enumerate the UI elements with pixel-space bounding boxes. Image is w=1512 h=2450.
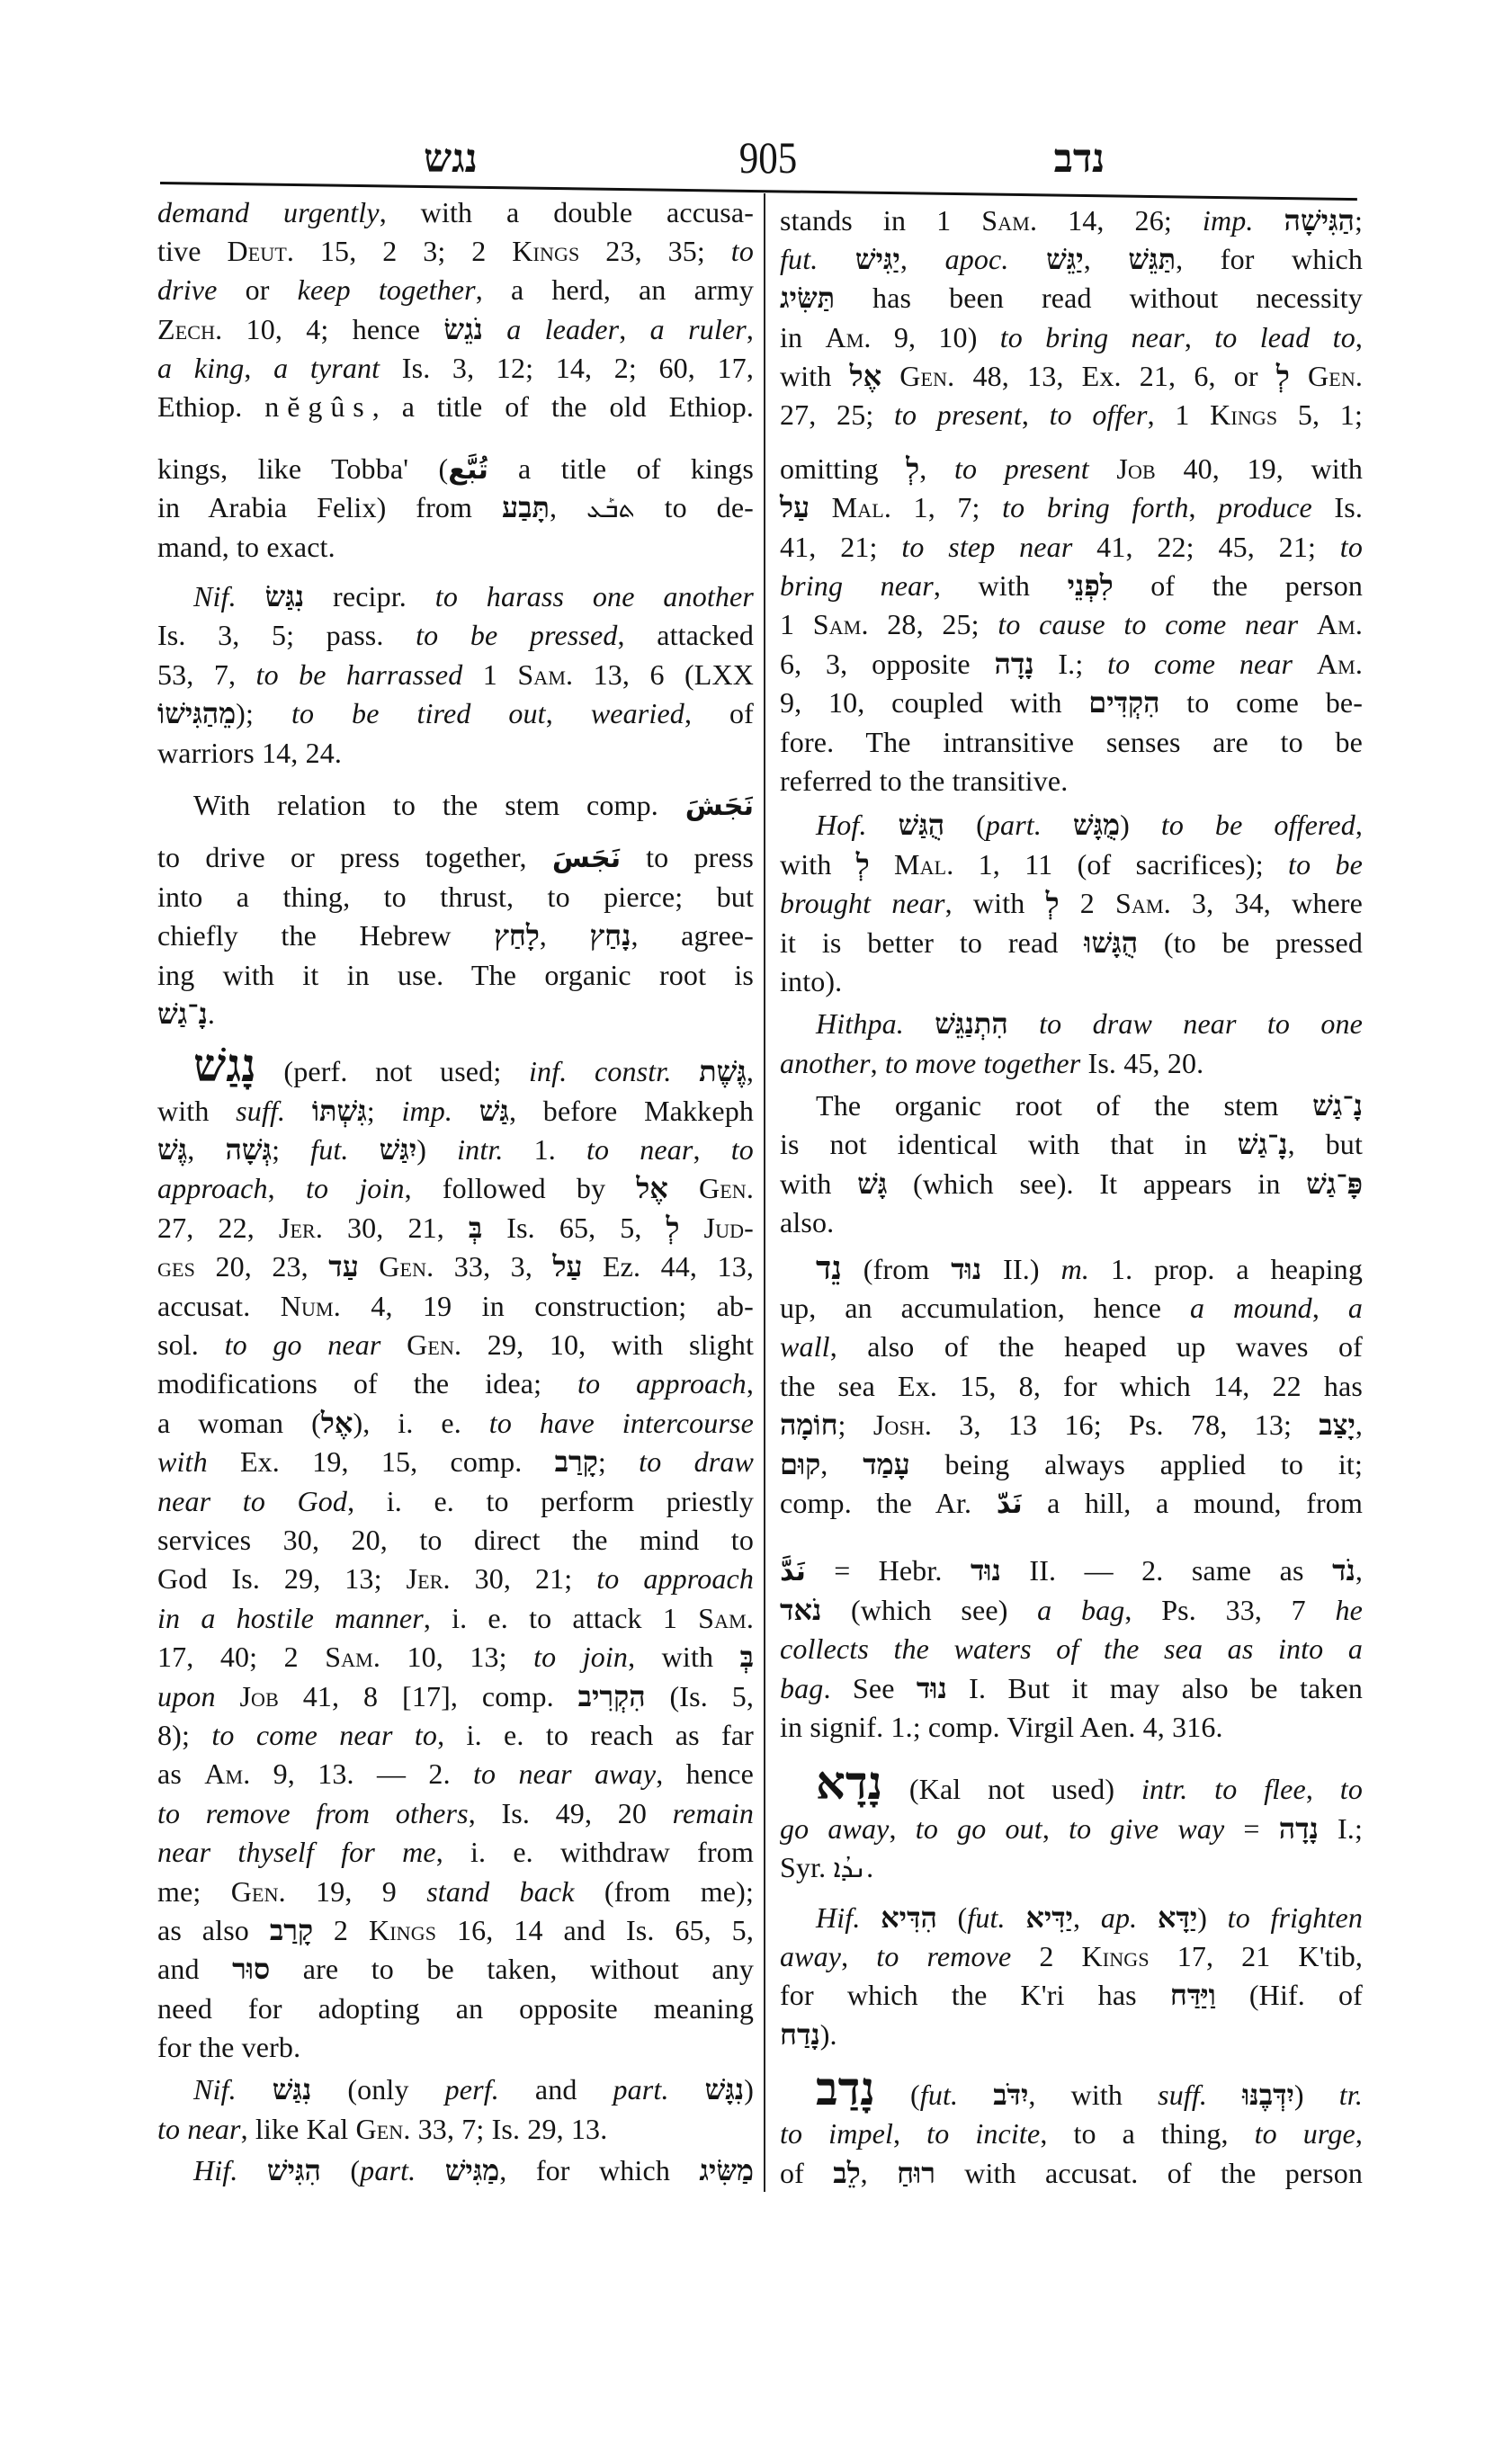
italic-text: a tyrant — [273, 352, 380, 384]
roman-text — [672, 1055, 700, 1087]
text-line: 27, 22, Jer. 30, 21, בְּ Is. 65, 5, לְ J… — [157, 1209, 754, 1247]
hebrew-word: נָדַח — [780, 2018, 820, 2051]
roman-text: , i. e. withdraw from — [436, 1836, 754, 1868]
roman-text: , Ps. 33, 7 — [1124, 1594, 1335, 1626]
paragraph-first-line: נָגַשׁ (perf. not used; inf. constr. גֶּ… — [157, 1052, 754, 1091]
arabic-word: تُبَّع — [448, 454, 488, 486]
hebrew-word: נָ־גַשׁ — [1312, 1089, 1363, 1122]
roman-text: kings, like Tobba' ( — [157, 452, 448, 485]
text-line: to near, like Kal Gen. 33, 7; Is. 29, 13… — [157, 2110, 754, 2149]
italic-text: fut. — [310, 1133, 348, 1166]
roman-text: 2 — [1060, 887, 1115, 919]
roman-text: comp. the Ar. — [780, 1487, 997, 1519]
hebrew-word: הִתְנַגֵּשׁ — [935, 1007, 1008, 1040]
arabic-word: نَجَشَ — [685, 791, 754, 822]
text-line: mand, to exact. — [157, 528, 754, 567]
hebrew-word: לִפְנֵי — [1068, 569, 1114, 602]
roman-text: of the person — [1114, 569, 1363, 602]
roman-text: 5, 1; — [1277, 398, 1363, 431]
roman-text: ) — [1294, 2079, 1339, 2111]
roman-text: , — [890, 1812, 916, 1845]
page-number: 905 — [729, 135, 807, 180]
roman-text: ing with it in use. The organic root is — [157, 959, 754, 991]
italic-text: to urge — [1255, 2117, 1355, 2150]
hebrew-word: נוּד — [917, 1672, 947, 1704]
roman-text: ) — [1197, 1901, 1227, 1934]
italic-text: to cause to come near — [998, 608, 1298, 640]
roman-text — [349, 1133, 380, 1166]
text-line: Zech. 10, 4; hence נֹגֵשׂ a leader, a ru… — [157, 310, 754, 349]
text-line: comp. the Ar. نَدّ a hill, a mound, from — [780, 1484, 1363, 1523]
header-right-headword: נדב — [1034, 139, 1124, 179]
italic-text: away — [780, 1940, 841, 1972]
italic-text: to — [731, 1133, 754, 1166]
hebrew-word: גָּשׁ — [857, 1167, 887, 1200]
hebrew-word: לְ — [1276, 360, 1290, 392]
roman-text: 33, 3, — [434, 1250, 552, 1283]
roman-text: sol. — [157, 1328, 225, 1361]
italic-text: Hif. — [193, 2154, 238, 2186]
italic-text: to offer — [1050, 398, 1148, 431]
hebrew-word: לְ — [906, 452, 919, 485]
italic-text: to near away — [473, 1757, 656, 1790]
text-line: גֶּשׁ, גְּשָׁה; fut. יִגַּשׁ) intr. 1. t… — [157, 1131, 754, 1169]
header-left-headword: נגש — [406, 139, 496, 179]
roman-text: a hill, a mound, from — [1023, 1487, 1363, 1519]
italic-text: a king — [157, 352, 244, 384]
italic-text: to be offered — [1161, 809, 1355, 841]
roman-text: , a herd, an army — [476, 273, 754, 306]
italic-text: to be tired out — [291, 697, 546, 729]
roman-text: , — [1355, 1554, 1363, 1587]
hebrew-headword: נָדָא — [816, 1758, 882, 1810]
roman-text: , of — [684, 697, 754, 729]
roman-text: ; — [367, 1095, 402, 1127]
roman-text — [870, 848, 894, 881]
roman-text: , before Makkeph — [509, 1095, 754, 1127]
roman-text: referred to the transitive. — [780, 765, 1068, 797]
italic-text: imp. — [401, 1095, 452, 1127]
italic-text: near thyself for me — [157, 1836, 436, 1868]
roman-text: ( — [944, 809, 986, 841]
roman-text — [818, 243, 855, 275]
hebrew-headword: נָגַשׁ — [193, 1041, 256, 1092]
roman-text: The organic root of the stem — [816, 1089, 1312, 1122]
italic-text: to — [1340, 531, 1363, 563]
roman-text: , — [693, 1133, 731, 1166]
roman-text: (from me); — [575, 1875, 754, 1908]
column-divider — [764, 193, 765, 2192]
hebrew-word: וַיַּדַּח — [1170, 1979, 1216, 2011]
roman-text: also. — [780, 1206, 834, 1238]
roman-text: , but — [1288, 1128, 1363, 1160]
small-caps-reference: Gen. — [379, 1250, 434, 1283]
hebrew-word: יַגֵּשׁ — [1046, 243, 1084, 275]
roman-text: , — [540, 919, 590, 952]
roman-text: (Hif. of — [1216, 1979, 1363, 2011]
roman-text: With relation to the stem comp. — [193, 789, 685, 821]
roman-text: , with — [934, 569, 1068, 602]
small-caps-reference: Kings — [1210, 398, 1277, 431]
roman-text: in Arabia Felix) from — [157, 491, 502, 523]
roman-text: 8); — [157, 1719, 211, 1751]
text-line: also. — [780, 1203, 1363, 1242]
paragraph-first-line: Hif. הִגִּישׁ (part. מַגִּישׁ, for which… — [157, 2151, 754, 2190]
italic-text: to give way — [1069, 1812, 1224, 1845]
roman-text: (which see) — [821, 1594, 1037, 1626]
roman-text: accusat. — [157, 1290, 281, 1322]
text-line: 6, 3, opposite נָדָה I.; to come near Am… — [780, 645, 1363, 684]
roman-text: , i. e. to perform priestly — [347, 1485, 754, 1517]
text-line: me; Gen. 19, 9 stand back (from me); — [157, 1873, 754, 1911]
roman-text: in signif. 1.; comp. Virgil Aen. 4, 316. — [780, 1711, 1223, 1743]
text-line: drive or keep together, a herd, an army — [157, 271, 754, 309]
roman-text: (only — [311, 2073, 444, 2106]
roman-text: 3, 34, where — [1171, 887, 1363, 919]
text-line: 27, 25; to present, to offer, 1 Kings 5,… — [780, 396, 1363, 434]
roman-text: ); — [236, 697, 291, 729]
roman-text: , agree- — [631, 919, 754, 952]
small-caps-reference: Jer. — [279, 1212, 323, 1244]
italic-text: to have intercourse — [489, 1407, 754, 1439]
roman-text: (Kal not used) — [882, 1773, 1141, 1805]
roman-text: , — [747, 313, 754, 345]
roman-text: , with — [628, 1641, 739, 1673]
text-line: stands in 1 Sam. 14, 26; imp. הַגִּישָׁה… — [780, 201, 1363, 240]
text-line: fore. The intransitive senses are to be — [780, 723, 1363, 762]
text-line: another, to move together Is. 45, 20. — [780, 1044, 1363, 1083]
italic-text: brought near — [780, 887, 945, 919]
text-line: עַל Mal. 1, 7; to bring forth, produce I… — [780, 488, 1363, 527]
text-line: נֹאד (which see) a bag, Ps. 33, 7 he — [780, 1591, 1363, 1630]
small-caps-reference: Mal. — [832, 491, 891, 523]
text-line: near thyself for me, i. e. withdraw from — [157, 1833, 754, 1872]
italic-text: keep together — [298, 273, 476, 306]
italic-text: part. — [613, 2073, 669, 2106]
syriac-word: ܢܕܳܐ — [833, 1853, 866, 1883]
small-caps-reference: Job — [239, 1680, 278, 1712]
italic-text: remain — [673, 1797, 754, 1829]
italic-text: go away — [780, 1812, 890, 1845]
syriac-word: ܬܒܰܥ — [586, 493, 635, 523]
roman-text: ; — [598, 1445, 639, 1478]
italic-text: to harass one another — [435, 580, 754, 612]
roman-text: 14, 26; — [1037, 204, 1203, 237]
text-line: as also קָרַב 2 Kings 16, 14 and Is. 65,… — [157, 1911, 754, 1950]
roman-text: 13, 6 (LXX — [573, 658, 754, 691]
paragraph-first-line: נֵד (from נוּד II.) m. 1. prop. a heapin… — [780, 1250, 1363, 1289]
roman-text: and — [157, 1953, 232, 1985]
roman-text: = — [1224, 1812, 1278, 1845]
small-caps-reference: Gen. — [899, 360, 954, 392]
roman-text: is not identical with that in — [780, 1128, 1238, 1160]
roman-text: Ethiop. — [157, 390, 264, 423]
small-caps-reference: Josh. — [873, 1408, 932, 1441]
hebrew-word: סוּר — [232, 1953, 270, 1985]
italic-text: another — [780, 1047, 871, 1079]
roman-text: with accusat. of the person — [935, 2157, 1363, 2189]
small-caps-reference: Jer. — [407, 1562, 451, 1595]
roman-text: 41, 21; — [780, 531, 901, 563]
italic-text: suff. — [236, 1095, 285, 1127]
hebrew-word: תַּגֵּשׁ — [1128, 243, 1176, 275]
hebrew-word: אֶל — [850, 360, 882, 392]
hebrew-word: רוּחַ — [897, 2157, 935, 2189]
small-caps-reference: Am. — [1317, 608, 1363, 640]
hebrew-word: יַדִּיא — [1025, 1901, 1073, 1934]
roman-text: , — [871, 1047, 885, 1079]
hebrew-word: גְּשָׁה — [225, 1133, 272, 1166]
italic-text: Hif. — [816, 1901, 861, 1934]
roman-text: to de- — [635, 491, 754, 523]
paragraph-first-line: Nif. נִגַּשׂ recipr. to harass one anoth… — [157, 577, 754, 616]
arabic-word: نَجَسَ — [552, 843, 621, 874]
roman-text: , — [619, 313, 649, 345]
italic-text: bring near — [780, 569, 934, 602]
italic-text: to step near — [901, 531, 1072, 563]
hebrew-word: לֵב — [833, 2157, 860, 2189]
roman-text: modifications of the idea; — [157, 1367, 577, 1399]
italic-text: bag — [780, 1672, 823, 1704]
text-line: נָ־גַשׁ. — [157, 995, 754, 1033]
roman-text: . — [208, 997, 215, 1030]
roman-text — [1207, 2079, 1242, 2111]
hebrew-word: בְּ — [469, 1212, 482, 1244]
italic-text: upon — [157, 1680, 216, 1712]
roman-text: = Hebr. — [806, 1554, 971, 1587]
roman-text: 29, 10, with slight — [461, 1328, 754, 1361]
small-caps-reference: ges — [157, 1250, 195, 1283]
roman-text — [416, 2154, 444, 2186]
hebrew-word: הֻגַּשׁ — [899, 809, 945, 841]
italic-text: to remove — [876, 1940, 1011, 1972]
italic-text: to incite — [926, 2117, 1040, 2150]
hebrew-word: אֶל — [321, 1407, 353, 1439]
roman-text: (perf. not used; — [256, 1055, 529, 1087]
text-line: Ethiop. nĕgûs, a title of the old Ethiop… — [157, 388, 754, 426]
text-line: 53, 7, to be harrassed 1 Sam. 13, 6 (LXX — [157, 656, 754, 694]
roman-text: , with — [1028, 2079, 1158, 2111]
text-line: near to God, i. e. to perform priestly — [157, 1482, 754, 1521]
roman-text: to drive or press together, — [157, 841, 552, 873]
roman-text: ), i. e. — [353, 1407, 488, 1439]
italic-text: to near — [586, 1133, 693, 1166]
right-column: stands in 1 Sam. 14, 26; imp. הַגִּישָׁה… — [780, 201, 1363, 2194]
roman-text — [1254, 204, 1284, 237]
roman-text: 2 — [1011, 1940, 1081, 1972]
roman-text: , — [747, 1367, 754, 1399]
italic-text: to come near — [1107, 648, 1293, 680]
roman-text — [1293, 648, 1317, 680]
roman-text — [1009, 243, 1047, 275]
text-line: of לֵב, רוּחַ with accusat. of the perso… — [780, 2154, 1363, 2193]
paragraph-first-line: נָדָא (Kal not used) intr. to flee, to — [780, 1770, 1363, 1809]
text-line: to remove from others, Is. 49, 20 remain — [157, 1794, 754, 1833]
roman-text: 30, 21, — [323, 1212, 469, 1244]
roman-text: , — [1355, 809, 1363, 841]
roman-text — [452, 1095, 479, 1127]
italic-text: Nif. — [193, 2073, 237, 2106]
paragraph-first-line: Hithpa. הִתְנַגֵּשׁ to draw near to one — [780, 1005, 1363, 1043]
hebrew-word: נֹגֵשׂ — [443, 313, 483, 345]
roman-text: being always applied to it; — [910, 1448, 1363, 1480]
roman-text: ; — [272, 1133, 310, 1166]
italic-text: wearied — [591, 697, 684, 729]
roman-text: Is. — [1312, 491, 1363, 523]
small-caps-reference: Kings — [1082, 1940, 1150, 1972]
hebrew-word: לְ — [856, 848, 870, 881]
roman-text: 10, 4; hence — [222, 313, 443, 345]
italic-text: drive — [157, 273, 218, 306]
roman-text: it is better to read — [780, 926, 1084, 959]
roman-text: 4, 19 in construction; ab- — [341, 1290, 754, 1322]
roman-text: Is. 3, 12; 14, 2; 60, 17, — [380, 352, 754, 384]
text-line: referred to the transitive. — [780, 762, 1363, 800]
roman-text: I.; — [1319, 1812, 1363, 1845]
roman-text: Ez. 44, 13, — [583, 1250, 754, 1283]
hebrew-word: עָמַד — [863, 1448, 909, 1480]
small-caps-reference: Am. — [204, 1757, 250, 1790]
italic-text: to go near — [225, 1328, 381, 1361]
text-line: תַּשִּׂיג has been read without necessit… — [780, 279, 1363, 317]
roman-text: , a title of the old Ethiop. — [372, 390, 754, 423]
roman-text: 1, 11 (of sacrifices); — [953, 848, 1288, 881]
italic-text: fut. — [920, 2079, 958, 2111]
italic-text: to join — [306, 1172, 405, 1204]
roman-text: Ex. 19, 15, comp. — [208, 1445, 555, 1478]
roman-text: , — [268, 1172, 306, 1204]
hebrew-word: הִגִּישׁ — [267, 2154, 321, 2186]
hebrew-word: קָרַב — [270, 1914, 313, 1946]
roman-text: , — [1312, 1292, 1348, 1324]
text-line: chiefly the Hebrew לָחַץ, נָחַץ, agree- — [157, 917, 754, 955]
italic-text: fut. — [967, 1901, 1005, 1934]
text-line: a woman (אֶל), i. e. to have intercourse — [157, 1404, 754, 1443]
text-line: go away, to go out, to give way = נָדָה … — [780, 1810, 1363, 1848]
hebrew-word: מַגִּישׁ — [445, 2154, 500, 2186]
roman-text: , Is. 49, 20 — [469, 1797, 673, 1829]
roman-text: 15, 2 3; 2 — [294, 235, 512, 267]
italic-text: to go out — [916, 1812, 1042, 1845]
text-line: accusat. Num. 4, 19 in construction; ab- — [157, 1287, 754, 1326]
roman-text — [1298, 608, 1317, 640]
italic-text: a leader — [506, 313, 619, 345]
roman-text: 53, 7, — [157, 658, 256, 691]
hebrew-word: אֶל — [636, 1172, 668, 1204]
roman-text — [1008, 1007, 1039, 1040]
roman-text: , — [747, 1055, 754, 1087]
text-line: חוֹמָה; Josh. 3, 13 16; Ps. 78, 13; יָצַ… — [780, 1406, 1363, 1444]
roman-text: I.; — [1034, 648, 1107, 680]
text-line: 9, 10, coupled with הִקְדִּים to come be… — [780, 684, 1363, 722]
small-caps-reference: Sam. — [1115, 887, 1171, 919]
hebrew-word: יִגַּשׁ — [380, 1133, 417, 1166]
italic-text: to frighten — [1228, 1901, 1363, 1934]
text-line: upon Job 41, 8 [17], comp. הִקְרִיב (Is.… — [157, 1677, 754, 1716]
italic-text: in a hostile manner — [157, 1602, 424, 1634]
roman-text: , — [1073, 1901, 1101, 1934]
roman-text: 33, 7; Is. 29, 13. — [411, 2113, 608, 2145]
roman-text — [1006, 1901, 1026, 1934]
text-line: approach, to join, followed by אֶל Gen. — [157, 1169, 754, 1208]
paragraph-first-line: Hif. הִדִּיא (fut. יַדִּיא, ap. יַדָּא) … — [780, 1899, 1363, 1937]
italic-text: to come near to — [211, 1719, 437, 1751]
italic-text: part. — [986, 809, 1042, 841]
hebrew-word: נֹד — [1332, 1554, 1355, 1587]
text-line: for the verb. — [157, 2028, 754, 2067]
spaced-transliteration: nĕgûs — [264, 390, 371, 423]
italic-text: to lead to — [1214, 321, 1355, 353]
small-caps-reference: Gen. — [355, 2113, 410, 2145]
italic-text: demand urgently — [157, 196, 380, 228]
italic-text: near to God — [157, 1485, 347, 1517]
text-line: Syr. ܢܕܳܐ. — [780, 1848, 1363, 1887]
roman-text: with — [780, 848, 856, 881]
hebrew-word: יַדָּא — [1158, 1901, 1197, 1934]
small-caps-reference: Am. — [825, 321, 871, 353]
small-caps-reference: Sam. — [981, 204, 1037, 237]
text-line: ges 20, 23, עַד Gen. 33, 3, עַל Ez. 44, … — [157, 1247, 754, 1286]
roman-text: 41, 22; 45, 21; — [1072, 531, 1339, 563]
italic-text: part. — [360, 2154, 416, 2186]
roman-text — [867, 809, 899, 841]
hebrew-word: יָצַב — [1319, 1408, 1355, 1441]
roman-text: need for adopting an opposite meaning — [157, 1992, 754, 2025]
small-caps-reference: Am. — [1317, 648, 1363, 680]
roman-text: 16, 14 and Is. 65, 5, — [436, 1914, 754, 1946]
roman-text: 9, 13. — 2. — [250, 1757, 473, 1790]
roman-text: warriors 14, 24. — [157, 737, 342, 769]
italic-text: to present — [954, 452, 1089, 485]
roman-text: 27, 25; — [780, 398, 894, 431]
italic-text: a mound — [1190, 1292, 1312, 1324]
small-caps-reference: Sam. — [813, 608, 869, 640]
roman-text: 10, 13; — [380, 1641, 533, 1673]
text-line: bring near, with לִפְנֵי of the person — [780, 567, 1363, 605]
text-line: نَدَّ = Hebr. נוּד II. — 2. same as נֹד, — [780, 1551, 1363, 1590]
text-line: נָדַח). — [780, 2016, 1363, 2054]
hebrew-word: מֵהַגִּישׁוֹ — [157, 697, 236, 729]
roman-text — [483, 313, 506, 345]
hebrew-word: הֻגָּשׁוּ — [1084, 926, 1138, 959]
italic-text: to draw — [639, 1445, 754, 1478]
roman-text — [238, 2154, 267, 2186]
roman-text: up, an accumulation, hence — [780, 1292, 1190, 1324]
roman-text: , — [546, 697, 591, 729]
roman-text: , with — [945, 887, 1046, 919]
italic-text: a ruler — [650, 313, 747, 345]
text-line: is not identical with that in נָ־גַשׁ, b… — [780, 1125, 1363, 1164]
hebrew-word: עַל — [780, 491, 810, 523]
hebrew-word: נָדָה — [1279, 1812, 1319, 1845]
roman-text — [904, 1007, 935, 1040]
roman-text: 2 — [313, 1914, 369, 1946]
roman-text: recipr. — [304, 580, 435, 612]
roman-text: into a thing, to thrust, to pierce; but — [157, 881, 754, 913]
roman-text — [669, 2073, 705, 2106]
text-line: in Arabia Felix) from תָּבַע, ܬܒܰܥ to de… — [157, 488, 754, 527]
text-line: a king, a tyrant Is. 3, 12; 14, 2; 60, 1… — [157, 349, 754, 388]
roman-text — [237, 2073, 273, 2106]
text-line: kings, like Tobba' (تُبَّع a title of ki… — [157, 450, 754, 488]
roman-text — [668, 1172, 699, 1204]
paragraph-first-line: With relation to the stem comp. نَجَشَ — [157, 786, 754, 825]
text-line: Is. 3, 5; pass. to be pressed, attacked — [157, 616, 754, 655]
hebrew-word: נָ־גַשׁ — [1238, 1128, 1288, 1160]
text-line: 1 Sam. 28, 25; to cause to come near Am. — [780, 605, 1363, 644]
roman-text: II.) — [981, 1253, 1060, 1285]
italic-text: to draw near to one — [1039, 1007, 1363, 1040]
